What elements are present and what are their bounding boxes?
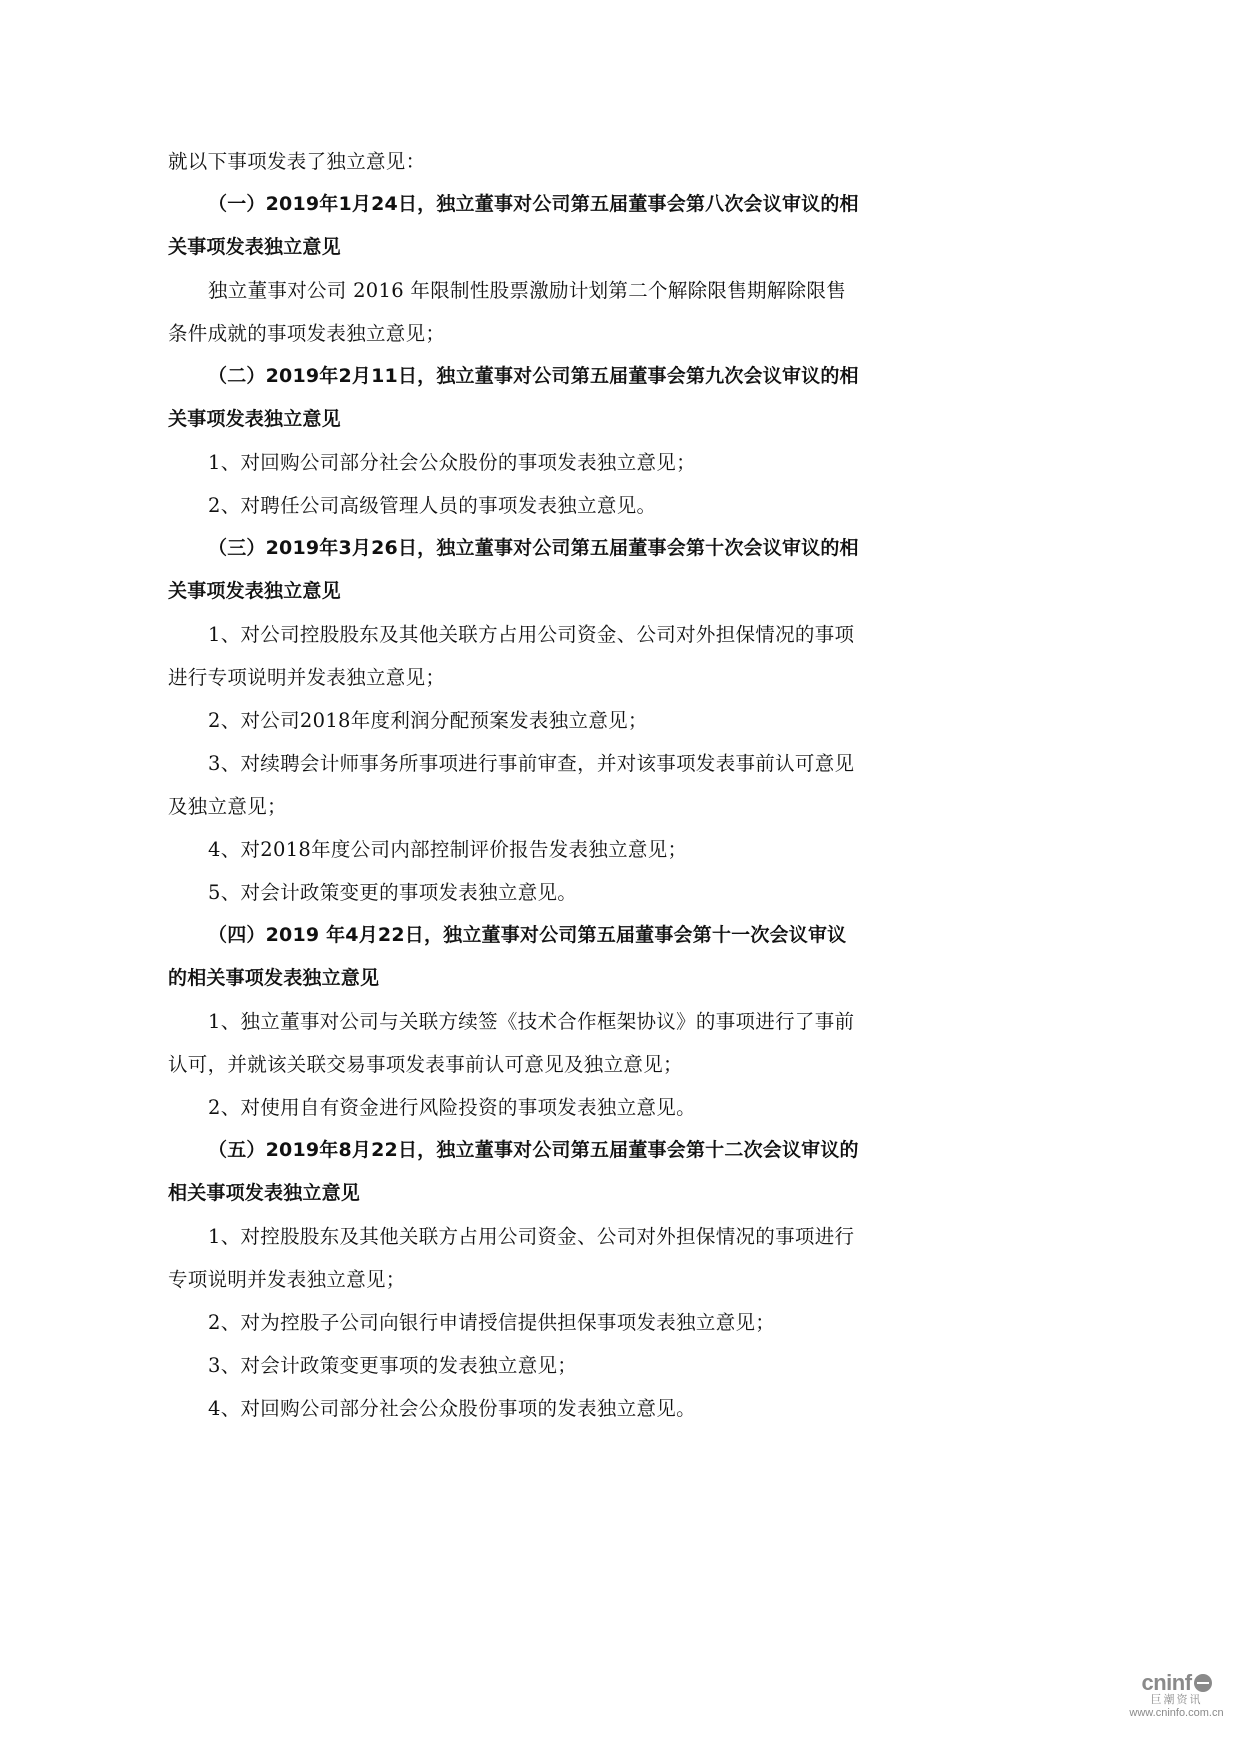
section-heading-cont: 关事项发表独立意见 — [168, 398, 944, 441]
cninfo-watermark: cninf 巨潮资讯 www.cninfo.com.cn — [1112, 1672, 1241, 1720]
list-item: 2、对聘任公司高级管理人员的事项发表独立意见。 — [168, 484, 944, 527]
watermark-url: www.cninfo.com.cn — [1112, 1707, 1241, 1720]
section-heading: （三）2019年3月26日，独立董事对公司第五届董事会第十次会议审议的相 — [168, 527, 944, 570]
list-item: 1、对公司控股股东及其他关联方占用公司资金、公司对外担保情况的事项 — [168, 613, 944, 656]
list-item: 3、对续聘会计师事务所事项进行事前审查，并对该事项发表事前认可意见 — [168, 742, 944, 785]
list-item: 2、对公司2018年度利润分配预案发表独立意见； — [168, 699, 944, 742]
cninfo-globe-icon — [1194, 1674, 1212, 1692]
logo-text: cninf — [1141, 1670, 1191, 1695]
list-item: 4、对2018年度公司内部控制评价报告发表独立意见； — [168, 828, 944, 871]
list-item: 1、对控股股东及其他关联方占用公司资金、公司对外担保情况的事项进行 — [168, 1215, 944, 1258]
list-item: 2、对为控股子公司向银行申请授信提供担保事项发表独立意见； — [168, 1301, 944, 1344]
section-heading-cont: 关事项发表独立意见 — [168, 570, 944, 613]
watermark-chinese-name: 巨潮资讯 — [1112, 1694, 1241, 1707]
list-item: 2、对使用自有资金进行风险投资的事项发表独立意见。 — [168, 1086, 944, 1129]
cninfo-logo: cninf — [1112, 1672, 1241, 1694]
list-item: 1、对回购公司部分社会公众股份的事项发表独立意见； — [168, 441, 944, 484]
list-item: 5、对会计政策变更的事项发表独立意见。 — [168, 871, 944, 914]
text-line: 独立董事对公司 2016 年限制性股票激励计划第二个解除限售期解除限售 — [168, 269, 944, 312]
section-heading: （五）2019年8月22日，独立董事对公司第五届董事会第十二次会议审议的 — [168, 1129, 944, 1172]
list-item-cont: 进行专项说明并发表独立意见； — [168, 656, 944, 699]
list-item-cont: 及独立意见； — [168, 785, 944, 828]
document-body: 就以下事项发表了独立意见： （一）2019年1月24日，独立董事对公司第五届董事… — [168, 140, 944, 1430]
list-item: 1、独立董事对公司与关联方续签《技术合作框架协议》的事项进行了事前 — [168, 1000, 944, 1043]
list-item: 3、对会计政策变更事项的发表独立意见； — [168, 1344, 944, 1387]
list-item-cont: 专项说明并发表独立意见； — [168, 1258, 944, 1301]
text-line: 就以下事项发表了独立意见： — [168, 140, 944, 183]
section-heading-cont: 相关事项发表独立意见 — [168, 1172, 944, 1215]
section-heading: （二）2019年2月11日，独立董事对公司第五届董事会第九次会议审议的相 — [168, 355, 944, 398]
section-heading: （一）2019年1月24日，独立董事对公司第五届董事会第八次会议审议的相 — [168, 183, 944, 226]
section-heading-cont: 关事项发表独立意见 — [168, 226, 944, 269]
section-heading-cont: 的相关事项发表独立意见 — [168, 957, 944, 1000]
section-heading: （四）2019 年4月22日，独立董事对公司第五届董事会第十一次会议审议 — [168, 914, 944, 957]
text-line: 条件成就的事项发表独立意见； — [168, 312, 944, 355]
list-item: 4、对回购公司部分社会公众股份事项的发表独立意见。 — [168, 1387, 944, 1430]
list-item-cont: 认可，并就该关联交易事项发表事前认可意见及独立意见； — [168, 1043, 944, 1086]
